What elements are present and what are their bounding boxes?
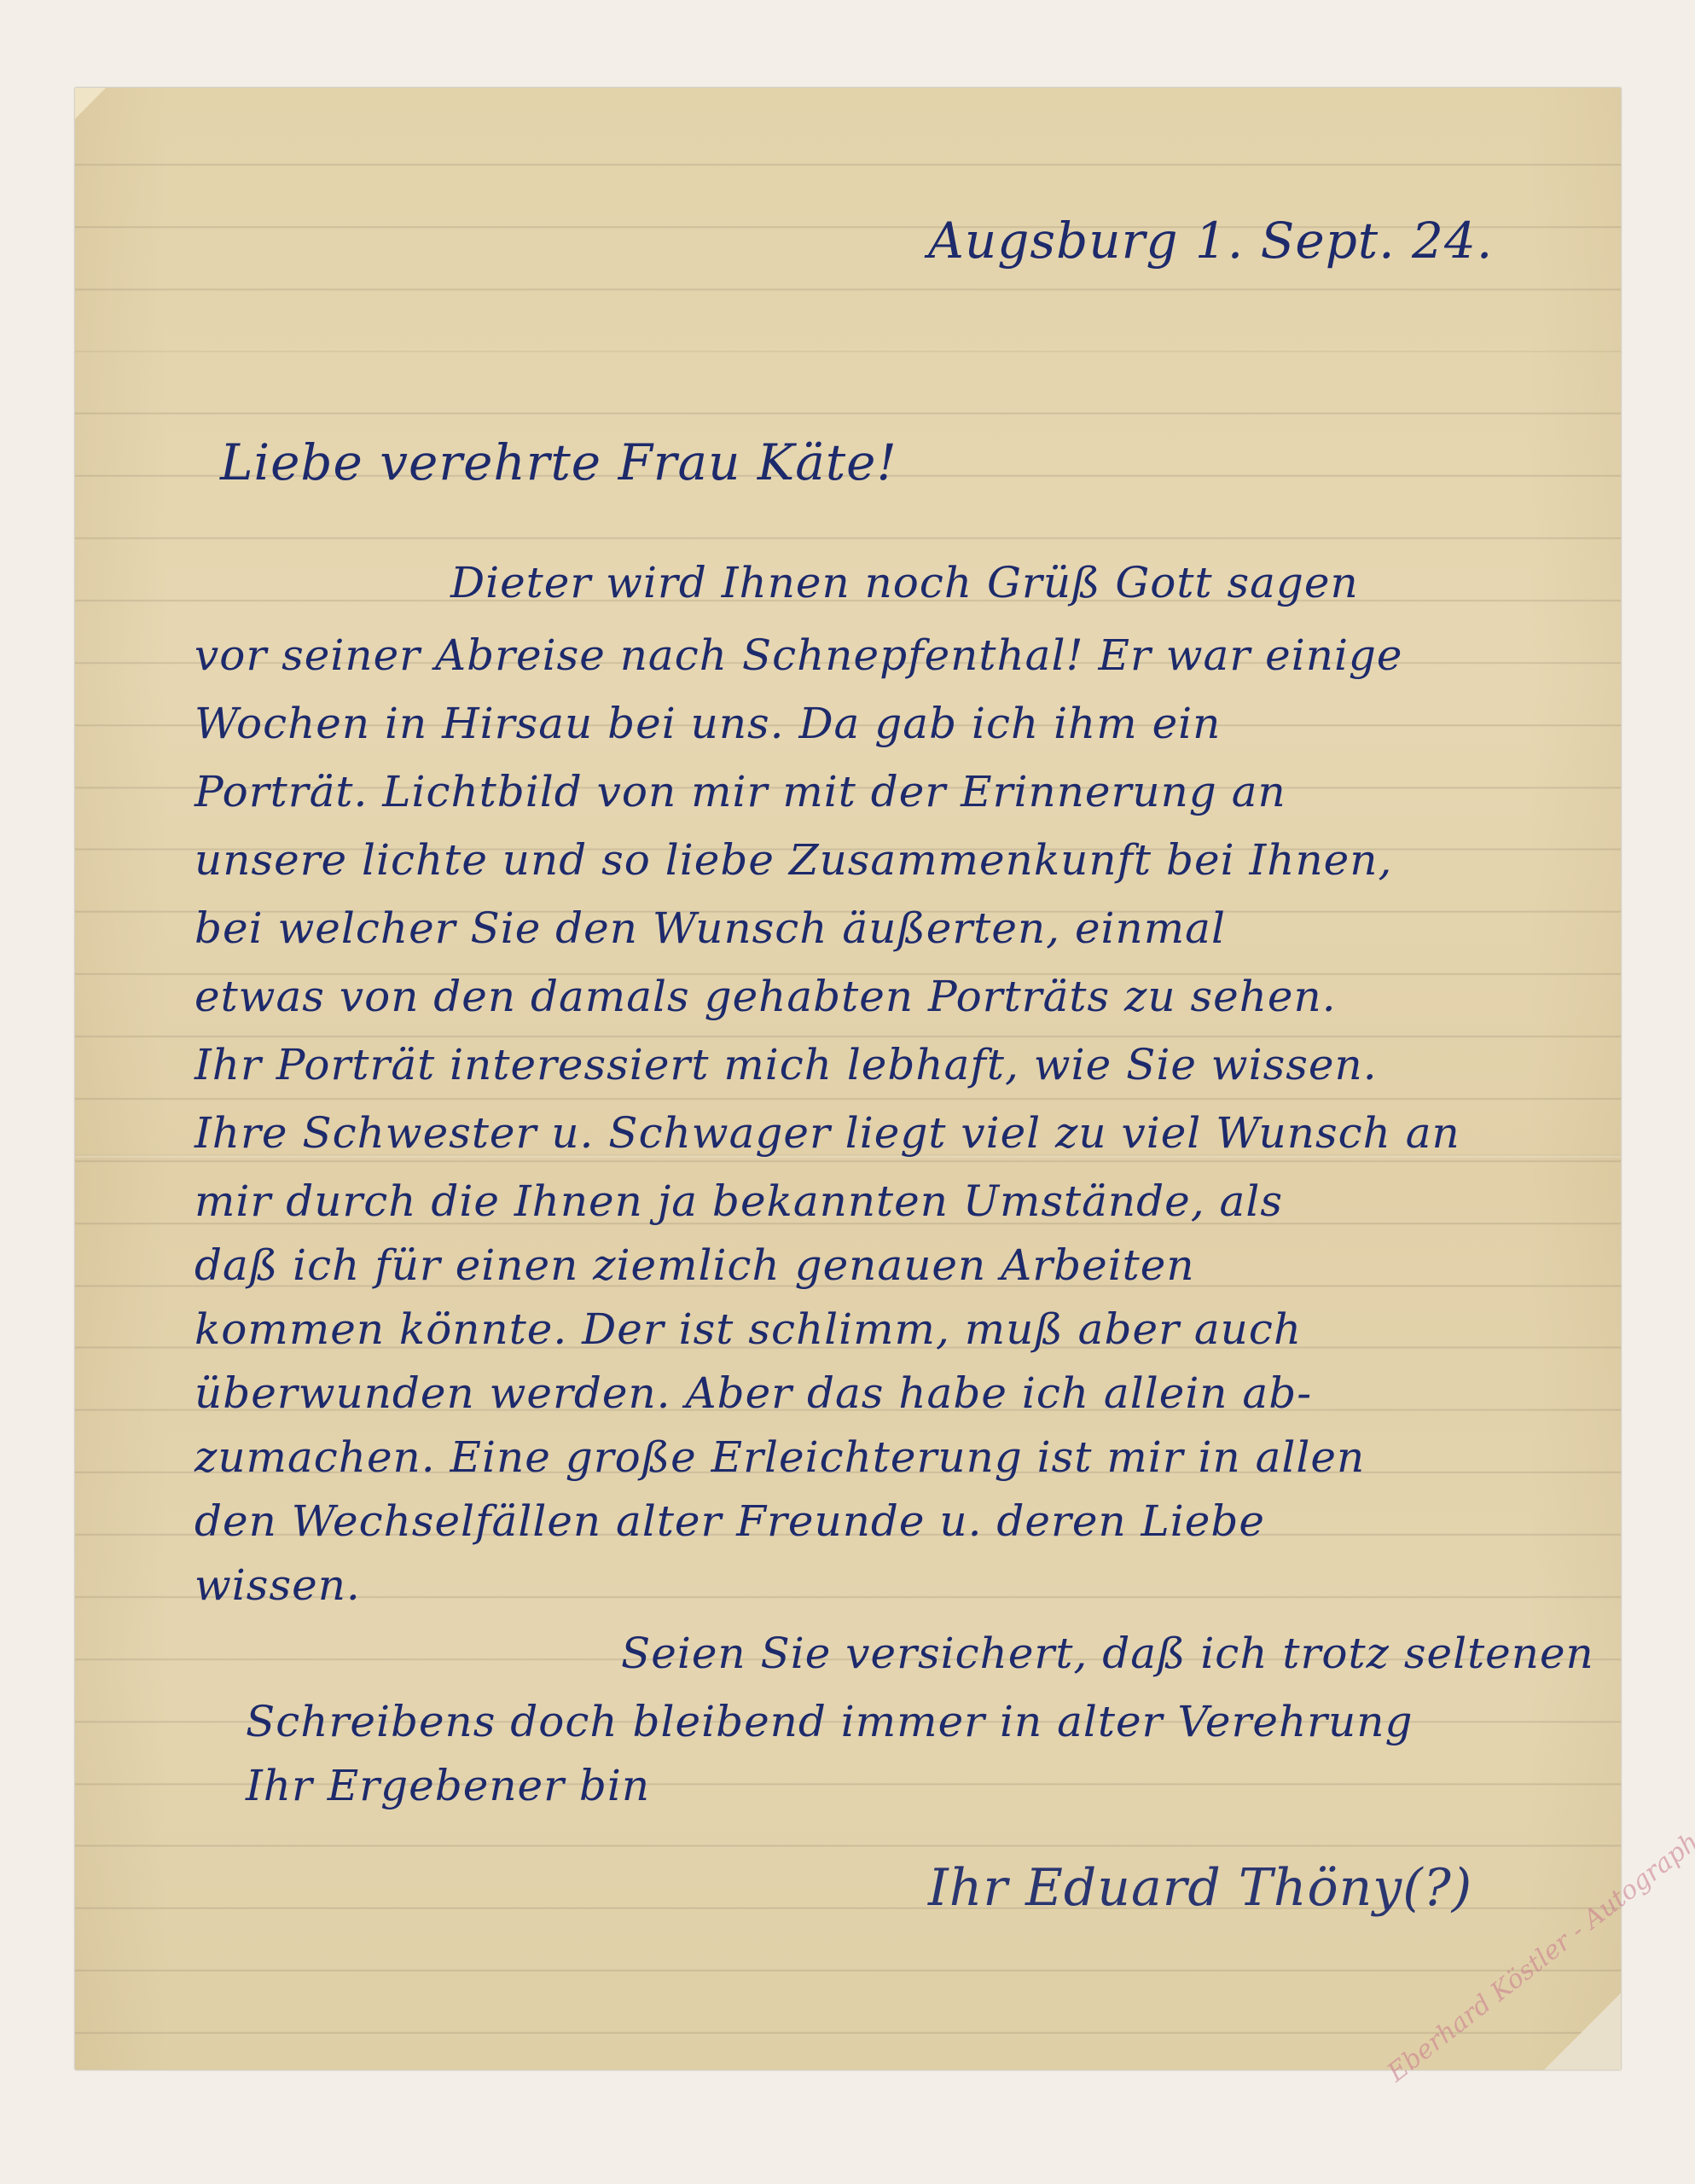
body-line: kommen könnte. Der ist schlimm, muß aber… (194, 1308, 1302, 1350)
letter-dateline: Augsburg 1. Sept. 24. (928, 216, 1493, 265)
body-line: Wochen in Hirsau bei uns. Da gab ich ihm… (194, 702, 1221, 745)
body-line: daß ich für einen ziemlich genauen Arbei… (194, 1244, 1195, 1287)
body-line: den Wechselfällen alter Freunde u. deren… (194, 1500, 1265, 1542)
body-line: Porträt. Lichtbild von mir mit der Erinn… (194, 770, 1286, 813)
body-line: mir durch die Ihnen ja bekannten Umständ… (194, 1180, 1283, 1223)
closing-line: Seien Sie versichert, daß ich trotz selt… (621, 1632, 1594, 1675)
body-line: etwas von den damals gehabten Porträts z… (194, 975, 1337, 1018)
folded-corner-top-left (75, 88, 106, 119)
signature: Ihr Eduard Thöny(?) (928, 1862, 1472, 1914)
body-line: unsere lichte und so liebe Zusammenkunft… (194, 839, 1392, 881)
body-line: Dieter wird Ihnen noch Grüß Gott sagen (450, 561, 1359, 604)
closing-line: Schreibens doch bleibend immer in alter … (246, 1700, 1413, 1743)
body-line: zumachen. Eine große Erleichterung ist m… (194, 1436, 1365, 1478)
body-line: bei welcher Sie den Wunsch äußerten, ein… (194, 907, 1226, 950)
folded-corner-bottom-right (1544, 1993, 1621, 2070)
body-line: überwunden werden. Aber das habe ich all… (194, 1372, 1312, 1414)
body-line: Ihre Schwester u. Schwager liegt viel zu… (194, 1112, 1460, 1154)
letter-sheet: Augsburg 1. Sept. 24. Liebe verehrte Fra… (75, 88, 1621, 2070)
body-line: vor seiner Abreise nach Schnepfenthal! E… (194, 634, 1403, 677)
closing-line: Ihr Ergebener bin (246, 1764, 650, 1807)
body-line: Ihr Porträt interessiert mich lebhaft, w… (194, 1043, 1378, 1086)
body-line: wissen. (194, 1564, 361, 1606)
letter-salutation: Liebe verehrte Frau Käte! (220, 438, 897, 487)
